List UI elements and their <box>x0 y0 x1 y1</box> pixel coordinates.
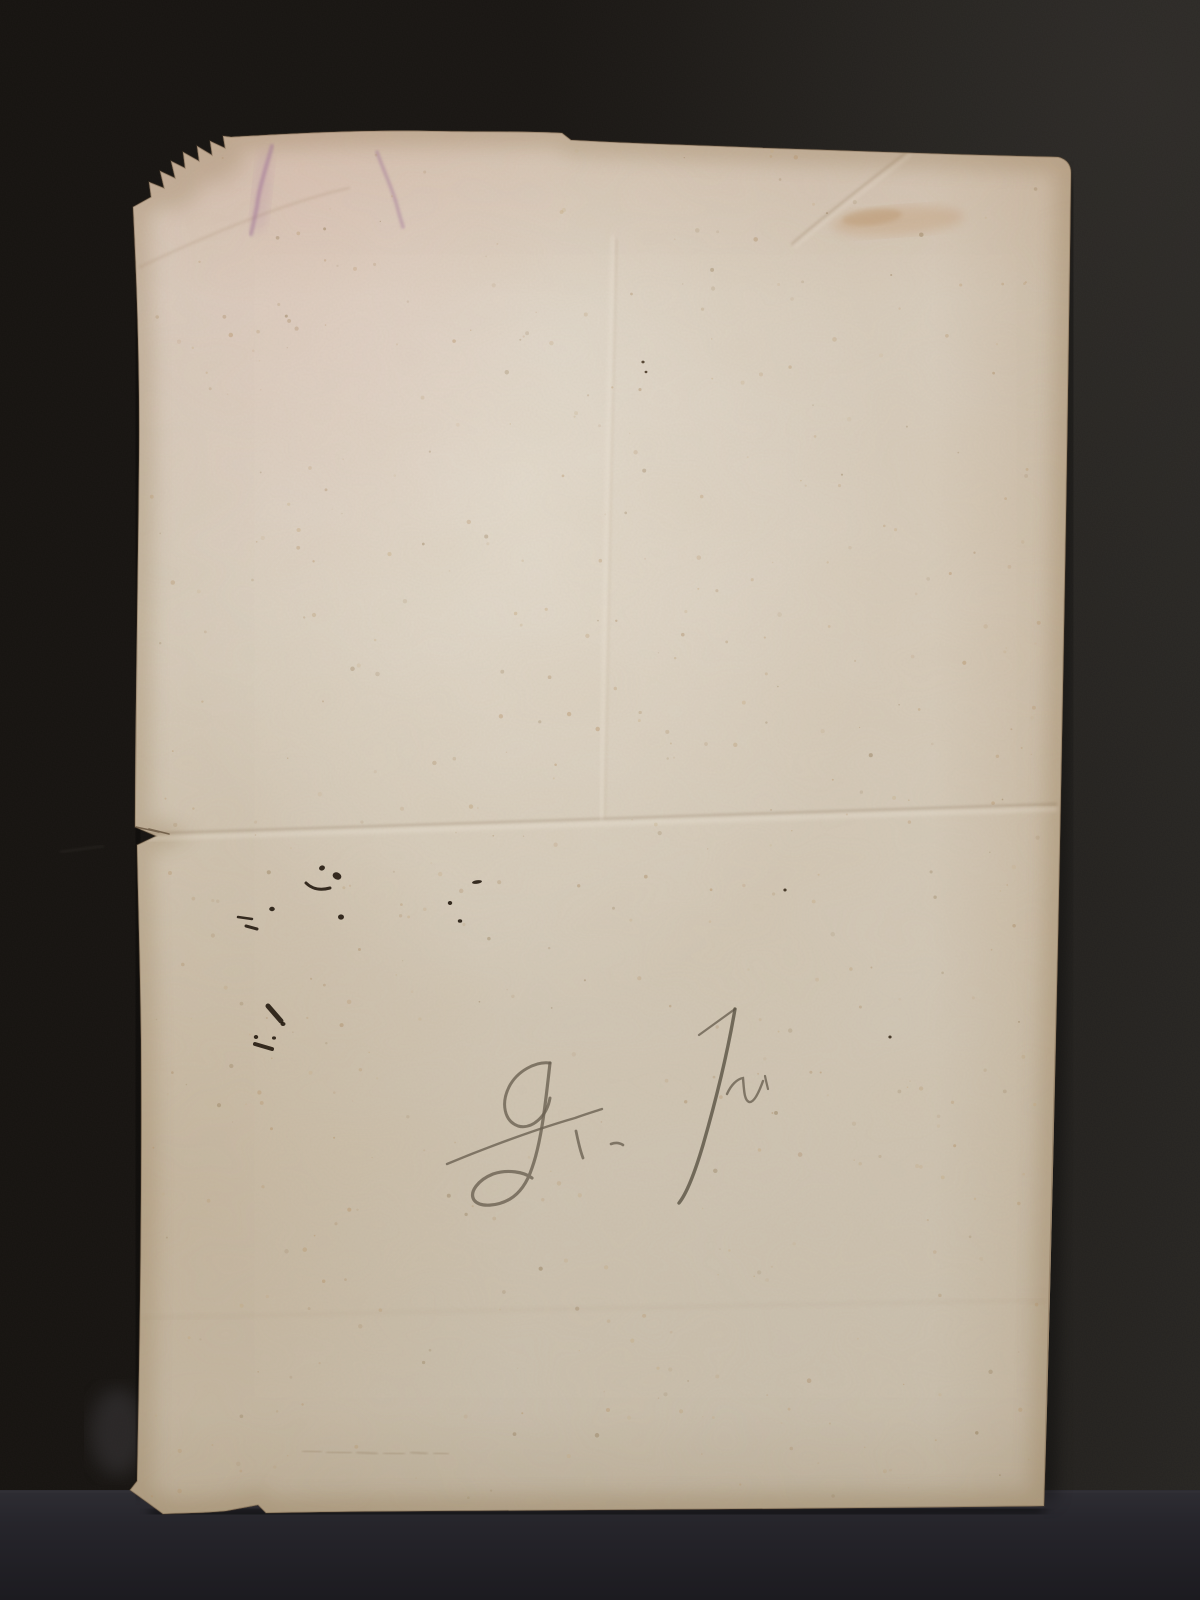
foxing-speck <box>497 880 501 884</box>
foxing-speck <box>996 343 998 345</box>
foxing-speck <box>577 884 580 887</box>
foxing-speck <box>777 283 780 286</box>
foxing-speck <box>838 484 841 487</box>
foxing-speck <box>375 672 380 677</box>
foxing-speck <box>933 895 936 898</box>
foxing-speck <box>1004 497 1007 500</box>
foxing-speck <box>347 1208 351 1212</box>
foxing-speck <box>604 513 606 515</box>
foxing-speck <box>777 686 779 688</box>
foxing-speck <box>702 1208 703 1209</box>
foxing-speck <box>151 1495 153 1497</box>
foxing-speck <box>607 1319 611 1323</box>
foxing-speck <box>411 990 414 993</box>
foxing-speck <box>665 730 669 734</box>
ink-spot <box>641 361 644 364</box>
foxing-speck <box>550 1170 552 1172</box>
foxing-speck <box>260 389 261 390</box>
bleedthrough-dash <box>303 1451 321 1452</box>
foxing-speck <box>715 589 718 592</box>
foxing-speck <box>598 424 601 427</box>
foxing-speck <box>301 1403 303 1405</box>
foxing-speck <box>325 324 327 326</box>
foxing-speck <box>449 570 451 572</box>
foxing-speck <box>502 1290 506 1294</box>
ink-spot <box>645 371 648 373</box>
ink-spot <box>888 1036 891 1039</box>
foxing-speck <box>251 579 254 582</box>
foxing-speck <box>553 777 555 779</box>
foxing-speck <box>790 1447 794 1451</box>
foxing-speck <box>550 1498 552 1500</box>
foxing-speck <box>159 642 161 644</box>
foxing-speck <box>342 886 345 889</box>
foxing-speck <box>919 232 924 237</box>
foxing-speck <box>447 1194 451 1198</box>
foxing-speck <box>374 639 377 642</box>
foxing-speck <box>462 923 465 926</box>
foxing-speck <box>487 937 491 941</box>
foxing-speck <box>578 1193 582 1197</box>
foxing-speck <box>860 790 863 793</box>
foxing-speck <box>830 932 835 937</box>
foxing-speck <box>347 1000 352 1005</box>
foxing-speck <box>777 612 782 617</box>
foxing-speck <box>951 1101 954 1104</box>
foxing-speck <box>988 1370 992 1374</box>
foxing-speck <box>332 508 333 509</box>
foxing-speck <box>601 1121 603 1123</box>
foxing-speck <box>1024 474 1028 478</box>
foxing-speck <box>376 1077 378 1079</box>
foxing-speck <box>266 1295 269 1298</box>
foxing-speck <box>452 339 456 343</box>
foxing-speck <box>682 283 683 284</box>
foxing-speck <box>374 770 377 773</box>
foxing-speck <box>423 170 426 173</box>
foxing-speck <box>841 474 843 476</box>
foxing-speck <box>908 799 910 801</box>
foxing-speck <box>166 1237 168 1239</box>
foxing-speck <box>499 1309 501 1311</box>
foxing-speck <box>898 1090 902 1094</box>
foxing-speck <box>564 1259 568 1263</box>
foxing-speck <box>393 871 395 873</box>
foxing-speck <box>926 577 930 581</box>
foxing-speck <box>303 616 305 618</box>
foxing-speck <box>908 820 911 823</box>
foxing-speck <box>574 416 576 418</box>
foxing-speck <box>812 900 816 904</box>
foxing-speck <box>172 750 174 752</box>
foxing-speck <box>681 633 685 637</box>
foxing-speck <box>670 1331 673 1334</box>
foxing-speck <box>464 1415 468 1419</box>
foxing-speck <box>506 752 507 753</box>
foxing-speck <box>579 1350 580 1351</box>
foxing-speck <box>379 1308 383 1312</box>
foxing-speck <box>479 1001 481 1003</box>
foxing-speck <box>551 1007 553 1009</box>
foxing-speck <box>260 471 262 473</box>
foxing-speck <box>155 315 158 318</box>
foxing-speck <box>456 423 460 427</box>
foxing-speck <box>201 700 203 702</box>
foxing-speck <box>375 154 378 157</box>
foxing-speck <box>919 1165 923 1169</box>
foxing-speck <box>898 704 899 705</box>
foxing-speck <box>391 195 393 197</box>
foxing-speck <box>159 533 161 535</box>
foxing-speck <box>624 512 627 515</box>
foxing-speck <box>453 757 457 761</box>
foxing-speck <box>638 719 641 722</box>
foxing-speck <box>150 495 154 499</box>
foxing-speck <box>1012 865 1017 870</box>
foxing-speck <box>211 933 215 937</box>
foxing-speck <box>470 329 471 330</box>
foxing-speck <box>232 1121 233 1122</box>
foxing-speck <box>236 1462 241 1467</box>
foxing-speck <box>325 1042 327 1044</box>
foxing-speck <box>557 1181 562 1186</box>
foxing-speck <box>229 333 233 337</box>
foxing-speck <box>733 743 737 747</box>
foxing-speck <box>1026 468 1029 471</box>
foxing-speck <box>209 387 212 390</box>
foxing-speck <box>820 1071 822 1073</box>
foxing-speck <box>162 1193 165 1196</box>
foxing-speck <box>890 274 892 276</box>
foxing-speck <box>898 307 900 309</box>
foxing-speck <box>788 365 791 368</box>
foxing-speck <box>658 652 659 653</box>
foxing-speck <box>422 543 425 546</box>
foxing-speck <box>711 286 715 290</box>
foxing-speck <box>490 1490 492 1492</box>
foxing-speck <box>358 1324 362 1328</box>
foxing-speck <box>1002 799 1004 801</box>
foxing-speck <box>277 303 280 306</box>
foxing-speck <box>759 1018 762 1021</box>
foxing-speck <box>973 552 975 554</box>
foxing-speck <box>945 334 949 338</box>
foxing-speck <box>597 620 599 622</box>
foxing-speck <box>329 208 331 210</box>
foxing-speck <box>857 1338 859 1340</box>
foxing-speck <box>827 1094 829 1096</box>
foxing-speck <box>937 1115 941 1119</box>
foxing-speck <box>701 307 704 310</box>
foxing-speck <box>792 1242 796 1246</box>
foxing-speck <box>642 469 646 473</box>
foxing-speck <box>765 721 767 723</box>
foxing-speck <box>323 227 326 230</box>
foxing-speck <box>359 1068 362 1071</box>
foxing-speck <box>630 1339 634 1343</box>
foxing-speck <box>814 435 817 438</box>
foxing-speck <box>644 558 646 560</box>
foxing-speck <box>178 1449 182 1453</box>
foxing-speck <box>656 1367 659 1370</box>
foxing-speck <box>637 976 641 980</box>
foxing-speck <box>846 813 848 815</box>
foxing-speck <box>199 1338 201 1340</box>
foxing-speck <box>832 337 837 342</box>
foxing-speck <box>510 423 511 424</box>
foxing-speck <box>710 888 713 891</box>
foxing-speck <box>1028 1459 1030 1461</box>
foxing-speck <box>399 914 402 917</box>
foxing-speck <box>254 821 257 824</box>
foxing-speck <box>627 1416 631 1420</box>
foxing-speck <box>464 1213 467 1216</box>
foxing-speck <box>765 672 768 675</box>
foxing-speck <box>373 263 376 266</box>
foxing-speck <box>261 536 265 540</box>
foxing-speck <box>207 1199 211 1203</box>
foxing-speck <box>711 378 713 380</box>
foxing-speck <box>585 634 589 638</box>
foxing-speck <box>467 520 471 524</box>
foxing-speck <box>554 763 557 766</box>
foxing-speck <box>506 989 508 991</box>
foxing-speck <box>553 843 557 847</box>
foxing-speck <box>322 1279 325 1282</box>
foxing-speck <box>430 862 432 864</box>
foxing-speck <box>240 1002 244 1006</box>
foxing-speck <box>270 1127 273 1130</box>
foxing-speck <box>520 624 523 627</box>
foxing-speck <box>1008 565 1012 569</box>
foxing-speck <box>1005 647 1007 649</box>
foxing-speck <box>774 1111 778 1115</box>
foxing-speck <box>415 1477 417 1479</box>
foxing-speck <box>985 217 987 219</box>
foxing-speck <box>188 1336 191 1339</box>
foxing-speck <box>770 155 773 158</box>
foxing-speck <box>757 1270 761 1274</box>
foxing-speck <box>322 700 324 702</box>
foxing-speck <box>525 331 529 335</box>
foxing-speck <box>771 1112 773 1114</box>
foxing-speck <box>284 1249 289 1254</box>
foxing-speck <box>658 831 662 835</box>
foxing-speck <box>679 1409 683 1413</box>
foxing-speck <box>751 578 754 581</box>
foxing-speck <box>668 1367 672 1371</box>
foxing-speck <box>898 998 901 1001</box>
foxing-speck <box>192 807 194 809</box>
foxing-speck <box>1031 754 1033 756</box>
foxing-speck <box>306 1017 308 1019</box>
foxing-speck <box>1001 283 1004 286</box>
foxing-speck <box>528 1156 531 1159</box>
foxing-speck <box>459 889 463 893</box>
foxing-speck <box>521 559 524 562</box>
foxing-speck <box>903 1384 904 1385</box>
foxing-speck <box>759 372 763 376</box>
foxing-speck <box>765 1278 769 1282</box>
foxing-speck <box>629 433 631 435</box>
foxing-speck <box>615 620 617 622</box>
foxing-speck <box>919 1086 923 1090</box>
foxing-speck <box>766 1394 768 1396</box>
foxing-speck <box>492 283 496 287</box>
foxing-speck <box>400 903 403 906</box>
foxing-speck <box>429 451 431 453</box>
foxing-speck <box>791 830 792 831</box>
foxing-speck <box>674 657 676 659</box>
foxing-speck <box>1034 187 1038 191</box>
foxing-speck <box>770 844 772 846</box>
foxing-speck <box>418 1017 421 1020</box>
foxing-speck <box>276 236 280 240</box>
foxing-speck <box>567 1454 571 1458</box>
foxing-speck <box>670 743 672 745</box>
foxing-speck <box>911 655 915 659</box>
foxing-speck <box>719 1095 723 1099</box>
foxing-speck <box>548 947 550 949</box>
foxing-speck <box>713 1169 717 1173</box>
foxing-speck <box>772 892 775 895</box>
foxing-speck <box>333 1137 335 1139</box>
foxing-speck <box>697 555 702 560</box>
foxing-speck <box>511 995 514 998</box>
foxing-speck <box>715 1374 719 1378</box>
foxing-speck <box>695 228 700 233</box>
foxing-speck <box>206 372 208 374</box>
foxing-speck <box>712 1416 715 1419</box>
foxing-speck <box>631 819 633 821</box>
foxing-speck <box>171 580 176 585</box>
foxing-speck <box>972 996 975 999</box>
foxing-speck <box>1032 706 1036 710</box>
foxing-speck <box>523 836 524 837</box>
foxing-speck <box>403 599 407 603</box>
foxing-speck <box>941 972 944 975</box>
foxing-speck <box>1033 1103 1036 1106</box>
foxing-speck <box>229 1064 233 1068</box>
foxing-speck <box>1000 890 1002 892</box>
foxing-speck <box>314 1235 316 1237</box>
foxing-speck <box>356 1209 358 1211</box>
foxing-speck <box>548 675 552 679</box>
foxing-speck <box>907 1087 909 1089</box>
foxing-speck <box>979 1257 983 1261</box>
foxing-speck <box>957 452 959 454</box>
foxing-speck <box>255 834 257 836</box>
ink-spot <box>272 1036 276 1039</box>
foxing-speck <box>574 411 578 415</box>
foxing-speck <box>349 885 351 887</box>
foxing-speck <box>402 960 403 961</box>
foxing-speck <box>757 1073 759 1075</box>
foxing-speck <box>719 1248 720 1249</box>
foxing-speck <box>318 792 322 796</box>
foxing-speck <box>674 238 676 240</box>
foxing-speck <box>486 542 489 545</box>
foxing-speck <box>287 503 290 506</box>
foxing-speck <box>505 370 510 375</box>
foxing-speck <box>639 711 642 714</box>
foxing-speck <box>177 340 181 344</box>
bleedthrough-dash <box>434 1453 448 1454</box>
foxing-speck <box>828 625 831 628</box>
foxing-speck <box>595 727 599 731</box>
paper-sheet <box>130 130 1075 1520</box>
foxing-speck <box>340 1023 344 1027</box>
foxing-speck <box>421 396 425 400</box>
foxing-speck <box>889 1469 892 1472</box>
foxing-speck <box>704 742 708 746</box>
foxing-speck <box>684 157 685 158</box>
foxing-speck <box>991 801 995 805</box>
foxing-speck <box>614 687 618 691</box>
foxing-speck <box>192 897 196 901</box>
foxing-speck <box>406 1115 409 1118</box>
foxing-speck <box>249 1034 251 1036</box>
ink-spot <box>458 919 462 923</box>
foxing-speck <box>809 1071 812 1074</box>
foxing-speck <box>469 804 473 808</box>
foxing-speck <box>1021 1055 1025 1059</box>
foxing-speck <box>918 708 921 711</box>
foxing-speck <box>630 293 633 296</box>
foxing-speck <box>296 546 300 550</box>
foxing-speck <box>308 466 312 470</box>
foxing-speck <box>702 1416 703 1417</box>
foxing-speck <box>999 1474 1001 1476</box>
foxing-speck <box>222 157 224 159</box>
foxing-speck <box>312 613 316 617</box>
foxing-speck <box>1023 282 1026 285</box>
foxing-speck <box>336 265 338 267</box>
foxing-speck <box>467 1496 470 1499</box>
foxing-speck <box>815 978 819 982</box>
foxing-speck <box>455 832 457 834</box>
foxing-speck <box>853 200 857 204</box>
foxing-speck <box>572 1052 576 1056</box>
foxing-speck <box>287 347 288 348</box>
foxing-speck <box>222 315 226 319</box>
foxing-speck <box>407 915 410 918</box>
foxing-speck <box>663 1392 667 1396</box>
foxing-speck <box>1003 650 1006 653</box>
foxing-speck <box>812 404 813 405</box>
foxing-speck <box>962 661 966 665</box>
foxing-speck <box>710 268 714 272</box>
foxing-speck <box>669 1005 672 1008</box>
foxing-speck <box>909 1080 911 1082</box>
foxing-speck <box>333 1091 336 1094</box>
foxing-speck <box>709 920 712 923</box>
foxing-speck <box>599 559 603 563</box>
foxing-speck <box>513 1432 517 1436</box>
foxing-speck <box>983 624 987 628</box>
foxing-speck <box>197 589 201 593</box>
foxing-speck <box>739 1483 741 1485</box>
foxing-speck <box>173 823 177 827</box>
foxing-speck <box>673 757 675 759</box>
foxing-speck <box>360 820 363 823</box>
foxing-speck <box>747 456 749 458</box>
foxing-speck <box>354 1445 358 1449</box>
foxing-speck <box>224 986 228 990</box>
ink-spot <box>338 914 344 919</box>
foxing-speck <box>612 907 615 910</box>
foxing-speck <box>217 1103 221 1107</box>
